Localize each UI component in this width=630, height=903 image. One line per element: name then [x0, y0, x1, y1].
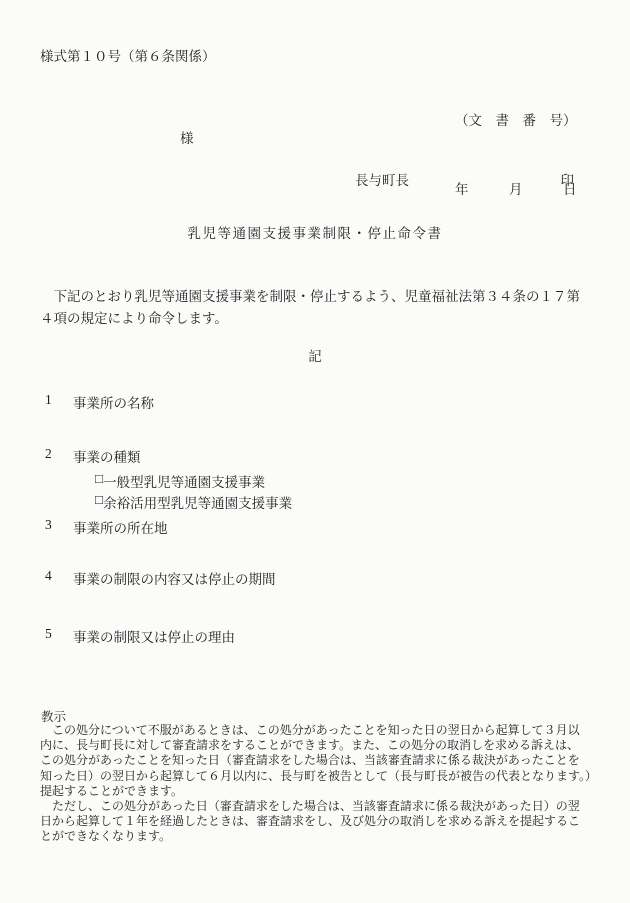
item-number: 1 [45, 392, 73, 412]
notice-paragraph-2: ただし、この処分があった日（審査請求をした場合は、当該審査請求に係る裁決があった… [40, 799, 580, 845]
document-number-placeholder: （文 書 番 号） [455, 109, 577, 132]
record-marker: 記 [0, 345, 630, 365]
document-page: 様式第１０号（第６条関係） （文 書 番 号） 年 月 日 様 長与町長 印 乳… [0, 0, 630, 903]
main-body-text: 下記のとおり乳児等通園支援事業を制限・停止するよう、児童福祉法第３４条の１７第 … [40, 286, 580, 329]
item-number: 5 [45, 626, 73, 646]
document-title: 乳児等通園支援事業制限・停止命令書 [0, 222, 630, 242]
recipient-suffix: 様 [180, 127, 194, 147]
form-number: 様式第１０号（第６条関係） [40, 45, 216, 65]
checkbox-label: 一般型乳児等通園支援事業 [103, 471, 265, 491]
option-surplus-type: □ 余裕活用型乳児等通園支援事業 [95, 492, 292, 512]
item-label: 事業所の所在地 [73, 517, 168, 537]
seal-mark: 印 [561, 169, 575, 189]
option-general-type: □ 一般型乳児等通園支援事業 [95, 471, 265, 491]
item-label: 事業所の名称 [73, 392, 154, 412]
checkbox-label: 余裕活用型乳児等通園支援事業 [103, 492, 292, 512]
item-2-business-type: 2 事業の種類 [45, 446, 141, 466]
item-4-restriction-period: 4 事業の制限の内容又は停止の期間 [45, 568, 276, 588]
document-number-block: （文 書 番 号） 年 月 日 [455, 63, 577, 247]
item-label: 事業の制限の内容又は停止の期間 [73, 568, 276, 588]
item-number: 3 [45, 517, 73, 537]
item-3-business-address: 3 事業所の所在地 [45, 517, 168, 537]
item-label: 事業の種類 [73, 446, 141, 466]
item-label: 事業の制限又は停止の理由 [73, 626, 235, 646]
item-number: 4 [45, 568, 73, 588]
item-number: 2 [45, 446, 73, 466]
issuer-row: 長与町長 印 [355, 169, 574, 189]
checkbox-icon: □ [95, 492, 103, 512]
checkbox-icon: □ [95, 471, 103, 491]
item-1-business-name: 1 事業所の名称 [45, 392, 154, 412]
notice-paragraph-1: この処分について不服があるときは、この処分があったことを知った日の翌日から起算し… [40, 723, 597, 799]
issuer-name: 長与町長 [355, 169, 409, 189]
item-5-restriction-reason: 5 事業の制限又は停止の理由 [45, 626, 235, 646]
